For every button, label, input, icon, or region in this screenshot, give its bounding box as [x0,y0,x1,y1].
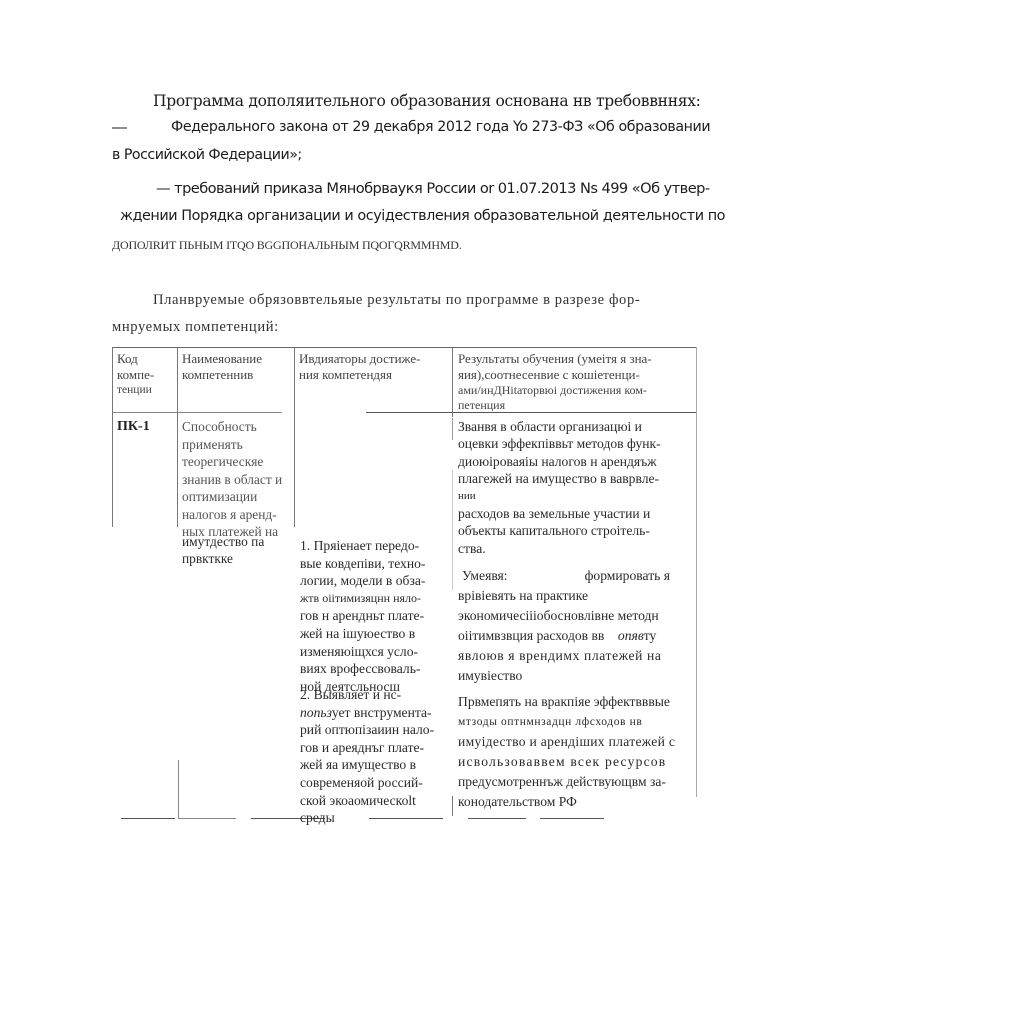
table-header-divider-left [112,412,282,413]
table-right-border [696,347,697,797]
table-col-divider-3-mid [452,418,453,440]
row-results-can: Умеявя:формировать я врівіевять на практ… [458,566,690,686]
header-code: Код компе- тенции [117,351,154,398]
table-fragment-vertical [178,760,179,818]
results-intro-line-1: Планвруемые обрязоввтельяые результаты п… [153,292,640,309]
intro-line-2: Федерального закона от 29 декабря 2012 г… [171,119,710,135]
row-indicator-2: 2. Выявляет и нс- попьзует внструмента- … [300,686,434,827]
results-intro-line-2: мнруемых помпетенций: [112,319,279,336]
row-competency-name: Способность применять теорегическяе знан… [182,418,282,541]
row-results-apply: Првмепять на вракпіяе эффектвввые мтзоды… [458,692,690,812]
header-name: Наимеяование компетеннив [182,351,262,383]
table-bottom-fragment-6 [540,818,604,819]
intro-line-1: Программа дополяительного образования ос… [153,92,701,110]
table-col-divider-1 [177,347,178,527]
table-left-border [112,347,113,527]
row-indicator-1: 1. Пряіенает передо- вые ковдепіви, техн… [300,537,425,695]
header-results: Результаты обучения (умеітя я зна- яия),… [458,351,694,414]
table-bottom-fragment-5 [468,818,526,819]
table-col-divider-3-faint [452,470,453,590]
table-col-divider-3-bottom [452,796,453,816]
table-col-divider-3-top [452,347,453,417]
intro-line-6: ДОПОЛRИТ ПЬНЫМ ITQO BGGПОНАЛЬНЫМ ПQОГQRM… [112,238,462,253]
table-top-border [112,347,697,348]
table-col-divider-2 [294,347,295,527]
table-bottom-fragment-2 [178,818,236,819]
row-code: ПК-1 [117,418,150,436]
intro-line-3: в Российской Федерации»; [112,147,302,163]
header-indicators: Ивдияаторы достиже- ния компетендяя [299,351,420,383]
row-competency-name-continued: имутдество па првкткке [182,533,264,567]
table-bottom-fragment-1 [121,818,175,819]
row-results-know: Званвя в области организацюі и оцевки эф… [458,418,690,557]
intro-line-4: — требований приказа Мянобрваукя России … [156,180,710,197]
intro-dash: — [112,119,127,136]
intro-line-5: ждении Порядка организации и осуідествле… [120,208,725,224]
